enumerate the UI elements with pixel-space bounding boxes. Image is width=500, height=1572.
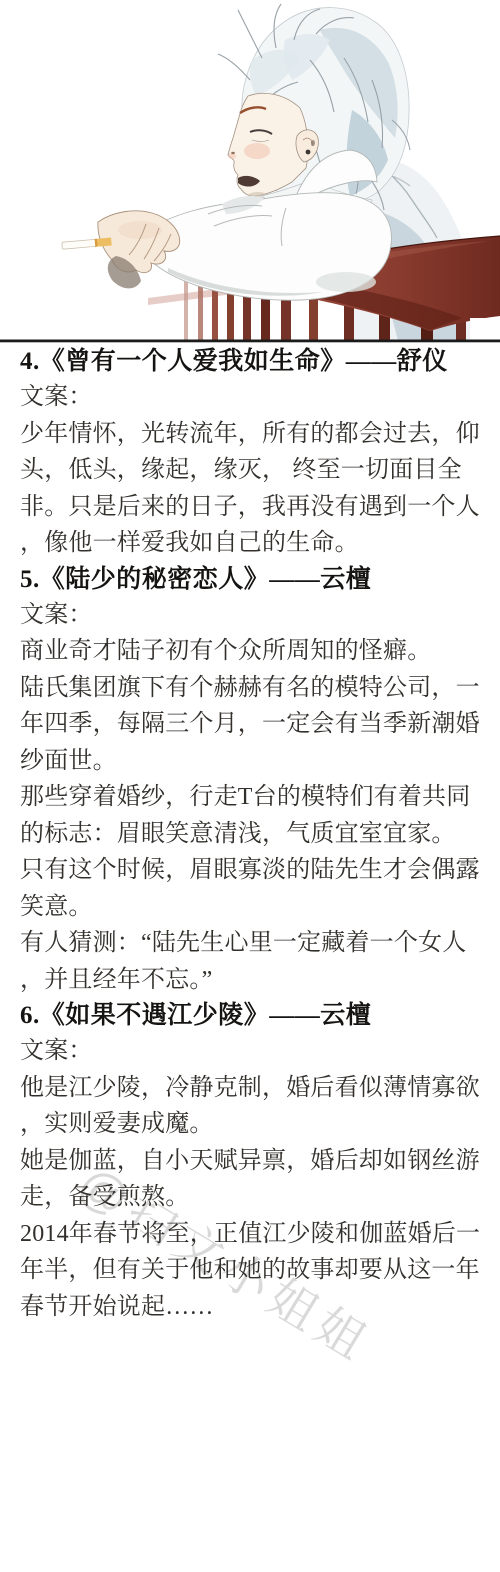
header-illustration bbox=[0, 0, 500, 345]
copy-paragraph: 商业奇才陆子初有个众所周知的怪癖。 bbox=[20, 633, 484, 670]
copy-paragraph: 有人猜测：“陆先生心里一定藏着一个女人，并且经年不忘。” bbox=[20, 925, 484, 998]
copy-paragraph: 那些穿着婚纱，行走T台的模特们有着共同的标志：眉眼笑意清浅，气质宜室宜家。 bbox=[20, 779, 484, 852]
book-recommendation-post: @扫文小姐姐 4.《曾有一个人爱我如生命》——舒仪 文案： 少年情怀，光转流年，… bbox=[0, 0, 500, 1572]
copy-paragraph: 2014年春节将至，正值江少陵和伽蓝婚后一年半，但有关于他和她的故事却要从这一年… bbox=[20, 1216, 484, 1326]
book-title-4: 4.《曾有一个人爱我如生命》——舒仪 bbox=[20, 344, 484, 379]
copy-paragraph: 只有这个时候，眉眼寡淡的陆先生才会偶露笑意。 bbox=[20, 852, 484, 925]
book-entry-5: 5.《陆少的秘密恋人》——云檀 文案： 商业奇才陆子初有个众所周知的怪癖。 陆氏… bbox=[20, 562, 484, 999]
copy-paragraph: 她是伽蓝，自小天赋异禀，婚后却如钢丝游走，备受煎熬。 bbox=[20, 1143, 484, 1216]
book-list: 4.《曾有一个人爱我如生命》——舒仪 文案： 少年情怀，光转流年，所有的都会过去… bbox=[0, 344, 500, 1325]
bottom-rule bbox=[0, 340, 500, 343]
copy-label-4: 文案： bbox=[20, 379, 484, 416]
copy-paragraph: 少年情怀，光转流年，所有的都会过去，仰头，低头，缘起，缘灭， 终至一切面目全非。… bbox=[20, 416, 484, 562]
watercolor-figure-illustration bbox=[0, 0, 500, 345]
earring bbox=[306, 150, 311, 155]
book-title-6: 6.《如果不遇江少陵》——云檀 bbox=[20, 998, 484, 1033]
copy-label-5: 文案： bbox=[20, 597, 484, 634]
book-title-5: 5.《陆少的秘密恋人》——云檀 bbox=[20, 562, 484, 597]
book-entry-4: 4.《曾有一个人爱我如生命》——舒仪 文案： 少年情怀，光转流年，所有的都会过去… bbox=[20, 344, 484, 562]
copy-paragraph: 他是江少陵，冷静克制，婚后看似薄情寡欲，实则爱妻成魔。 bbox=[20, 1070, 484, 1143]
copy-paragraph: 陆氏集团旗下有个赫赫有名的模特公司，一年四季，每隔三个月，一定会有当季新潮婚纱面… bbox=[20, 670, 484, 780]
nostril bbox=[231, 152, 235, 154]
copy-label-6: 文案： bbox=[20, 1033, 484, 1070]
cheek-blush bbox=[244, 143, 270, 159]
book-entry-6: 6.《如果不遇江少陵》——云檀 文案： 他是江少陵，冷静克制，婚后看似薄情寡欲，… bbox=[20, 998, 484, 1325]
